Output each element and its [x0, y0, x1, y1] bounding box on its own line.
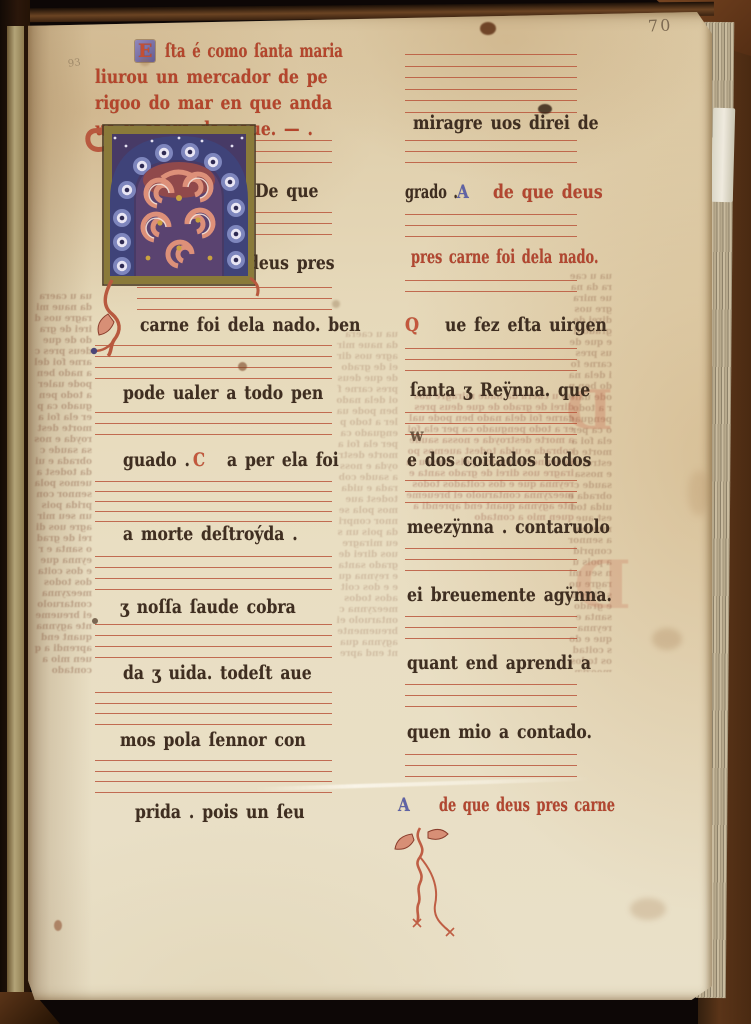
ruled-stave-line — [405, 706, 577, 707]
ruled-stave-line — [95, 501, 332, 502]
ruled-stave-line — [405, 280, 577, 281]
ruled-stave-line — [95, 657, 332, 658]
script-text-line: a morte deſtroýda . — [95, 523, 332, 547]
ruled-stave-line — [405, 236, 577, 237]
ruled-stave-line — [95, 792, 332, 793]
script-text-line: guado .Ca per ela foi — [95, 449, 332, 473]
script-text-line: Ade que deus pres carne — [405, 794, 577, 818]
fore-edge-bookmark-tab — [711, 108, 735, 203]
stain-fleck — [54, 920, 62, 931]
ruled-stave-line — [95, 511, 332, 512]
script-text: pres carne foi dela nado. — [411, 246, 598, 268]
ruled-stave-line — [405, 100, 577, 101]
script-text: a per ela foi — [227, 449, 339, 471]
ruled-stave-line — [95, 624, 332, 625]
ruled-stave-line — [95, 434, 332, 435]
script-text: guado . — [123, 449, 190, 471]
ruled-stave-line — [405, 359, 577, 360]
ruled-stave-line — [255, 212, 332, 213]
script-text-line: pres carne foi dela nado. — [405, 246, 577, 270]
ruled-stave-line — [95, 771, 332, 772]
script-text: w — [410, 424, 423, 446]
ink-stain — [480, 22, 496, 35]
ruled-stave-line — [95, 635, 332, 636]
script-text-line: liurou un mercador de pe — [95, 66, 332, 90]
ruled-stave-line — [255, 162, 332, 163]
decorated-initial: Q — [405, 314, 419, 336]
script-text-line: ʒ noſſa ſaude cobra — [95, 596, 332, 620]
ruled-stave-line — [405, 412, 577, 413]
ruled-stave-line — [405, 684, 577, 685]
script-text-line: miragre uos direi de — [405, 112, 577, 136]
ruled-stave-line — [405, 151, 577, 152]
ruled-stave-line — [405, 66, 577, 67]
script-text: De que — [255, 180, 318, 202]
bleedthrough-text: ua u caera da naue miragre uos direi de … — [34, 292, 92, 762]
ruled-stave-line — [95, 724, 332, 725]
script-text: ue fez eſta uirgen — [445, 314, 607, 336]
script-text: meezÿnna . contaruolo — [407, 516, 610, 538]
script-text-line: Eſta é como ſanta maria — [95, 40, 332, 64]
ruled-stave-line — [95, 692, 332, 693]
parchment-stain — [652, 628, 682, 650]
ruled-stave-line — [405, 225, 577, 226]
parchment-stain — [688, 470, 710, 516]
stain-fleck — [332, 300, 340, 308]
script-text-line: quen mio a contado. — [405, 721, 577, 745]
ruled-stave-line — [405, 491, 577, 492]
ruled-stave-line — [255, 234, 332, 235]
ruled-stave-line — [95, 521, 332, 522]
ruled-stave-line — [255, 140, 332, 141]
ruled-stave-line — [95, 423, 332, 424]
script-text: prida . pois un ſeu — [135, 801, 305, 823]
book-board-edge — [7, 26, 24, 992]
script-text-line: w — [405, 424, 577, 448]
ruled-stave-line — [405, 695, 577, 696]
ruled-stave-line — [95, 760, 332, 761]
ruled-stave-line — [95, 713, 332, 714]
script-text-line: ei breuemente agÿnna. — [405, 584, 577, 608]
script-text: a morte deſtroýda . — [123, 523, 298, 545]
script-text: ei breuemente agÿnna. — [407, 584, 612, 606]
script-text-line: pode ualer a todo pen — [95, 382, 332, 406]
folio-number: 70 — [648, 15, 673, 35]
script-text: da ʒ uida. todeſt aue — [123, 662, 312, 684]
script-text-line: ſanta ʒ Reÿnna. que — [405, 379, 577, 403]
script-text-line: da ʒ uida. todeſt aue — [95, 662, 332, 686]
stain-fleck — [92, 618, 98, 624]
ruled-stave-line — [95, 367, 332, 368]
decorated-initial: A — [457, 181, 469, 203]
ruled-stave-line — [255, 151, 332, 152]
ruled-stave-line — [405, 627, 577, 628]
ruled-stave-line — [405, 502, 577, 503]
ruled-stave-line — [405, 348, 577, 349]
ruled-stave-line — [95, 567, 332, 568]
script-text: de que deus pres carne — [439, 794, 615, 816]
ruled-stave-line — [405, 77, 577, 78]
script-text-line: grado .Ade que deus — [405, 181, 577, 205]
ruled-stave-line — [405, 559, 577, 560]
ruled-stave-line — [95, 703, 332, 704]
ruled-stave-line — [405, 370, 577, 371]
ruled-stave-line — [95, 589, 332, 590]
ruled-stave-line — [95, 481, 332, 482]
manuscript-photo: ua u caera da naue miragre uos direi de … — [0, 0, 751, 1024]
decorated-initial: A — [398, 794, 410, 816]
script-text: quen mio a contado. — [407, 721, 592, 743]
ruled-stave-line — [405, 616, 577, 617]
ruled-stave-line — [95, 378, 332, 379]
ruled-stave-line — [95, 556, 332, 557]
script-text-line: prida . pois un ſeu — [95, 801, 332, 825]
script-text: miragre uos direi de — [413, 112, 599, 134]
script-text: ſta é como ſanta maria — [165, 40, 343, 62]
ruled-stave-line — [405, 570, 577, 571]
script-text-line: quant end aprendi a — [405, 652, 577, 676]
script-text: de que deus — [493, 181, 603, 203]
script-text-line: meezÿnna . contaruolo — [405, 516, 577, 540]
ruled-stave-line — [95, 412, 332, 413]
ruled-stave-line — [405, 214, 577, 215]
script-text: mos pola ſennor con — [120, 729, 306, 751]
ruled-stave-line — [95, 491, 332, 492]
stain-fleck — [140, 58, 150, 66]
script-text: pode ualer a todo pen — [123, 382, 323, 404]
ruled-stave-line — [95, 578, 332, 579]
ruled-stave-line — [405, 638, 577, 639]
script-text: liurou un mercador de pe — [95, 66, 328, 88]
ruled-stave-line — [405, 754, 577, 755]
ruled-stave-line — [255, 223, 332, 224]
bleedthrough-text: ua u caera da naue miragre uos direi de … — [336, 330, 398, 660]
script-text: ʒ noſſa ſaude cobra — [120, 596, 296, 618]
script-text: grado . — [405, 181, 458, 203]
ruled-stave-line — [405, 765, 577, 766]
ruled-stave-line — [405, 480, 577, 481]
ink-blot — [538, 104, 552, 114]
ruled-stave-line — [405, 54, 577, 55]
script-text-line: e dos coitados todos — [405, 449, 577, 473]
script-text-line: mos pola ſennor con — [95, 729, 332, 753]
decorated-initial: C — [193, 449, 205, 471]
ruled-stave-line — [405, 162, 577, 163]
stain-fleck — [238, 362, 247, 371]
ruled-stave-line — [405, 291, 577, 292]
illuminated-initial-d — [82, 108, 262, 358]
ruled-stave-line — [405, 140, 577, 141]
script-text: quant end aprendi a — [407, 652, 591, 674]
ruled-stave-line — [405, 776, 577, 777]
ruled-stave-line — [405, 89, 577, 90]
initial-a-descender-flourish — [392, 828, 462, 940]
script-text-line: Que fez eſta uirgen — [405, 314, 577, 338]
ruled-stave-line — [95, 646, 332, 647]
script-text: ſanta ʒ Reÿnna. que — [410, 379, 590, 401]
margin-pencil-mark: 93 — [67, 57, 81, 70]
ruled-stave-line — [405, 548, 577, 549]
parchment-stain — [630, 898, 666, 920]
ruled-stave-line — [95, 781, 332, 782]
script-text: e dos coitados todos — [407, 449, 591, 471]
